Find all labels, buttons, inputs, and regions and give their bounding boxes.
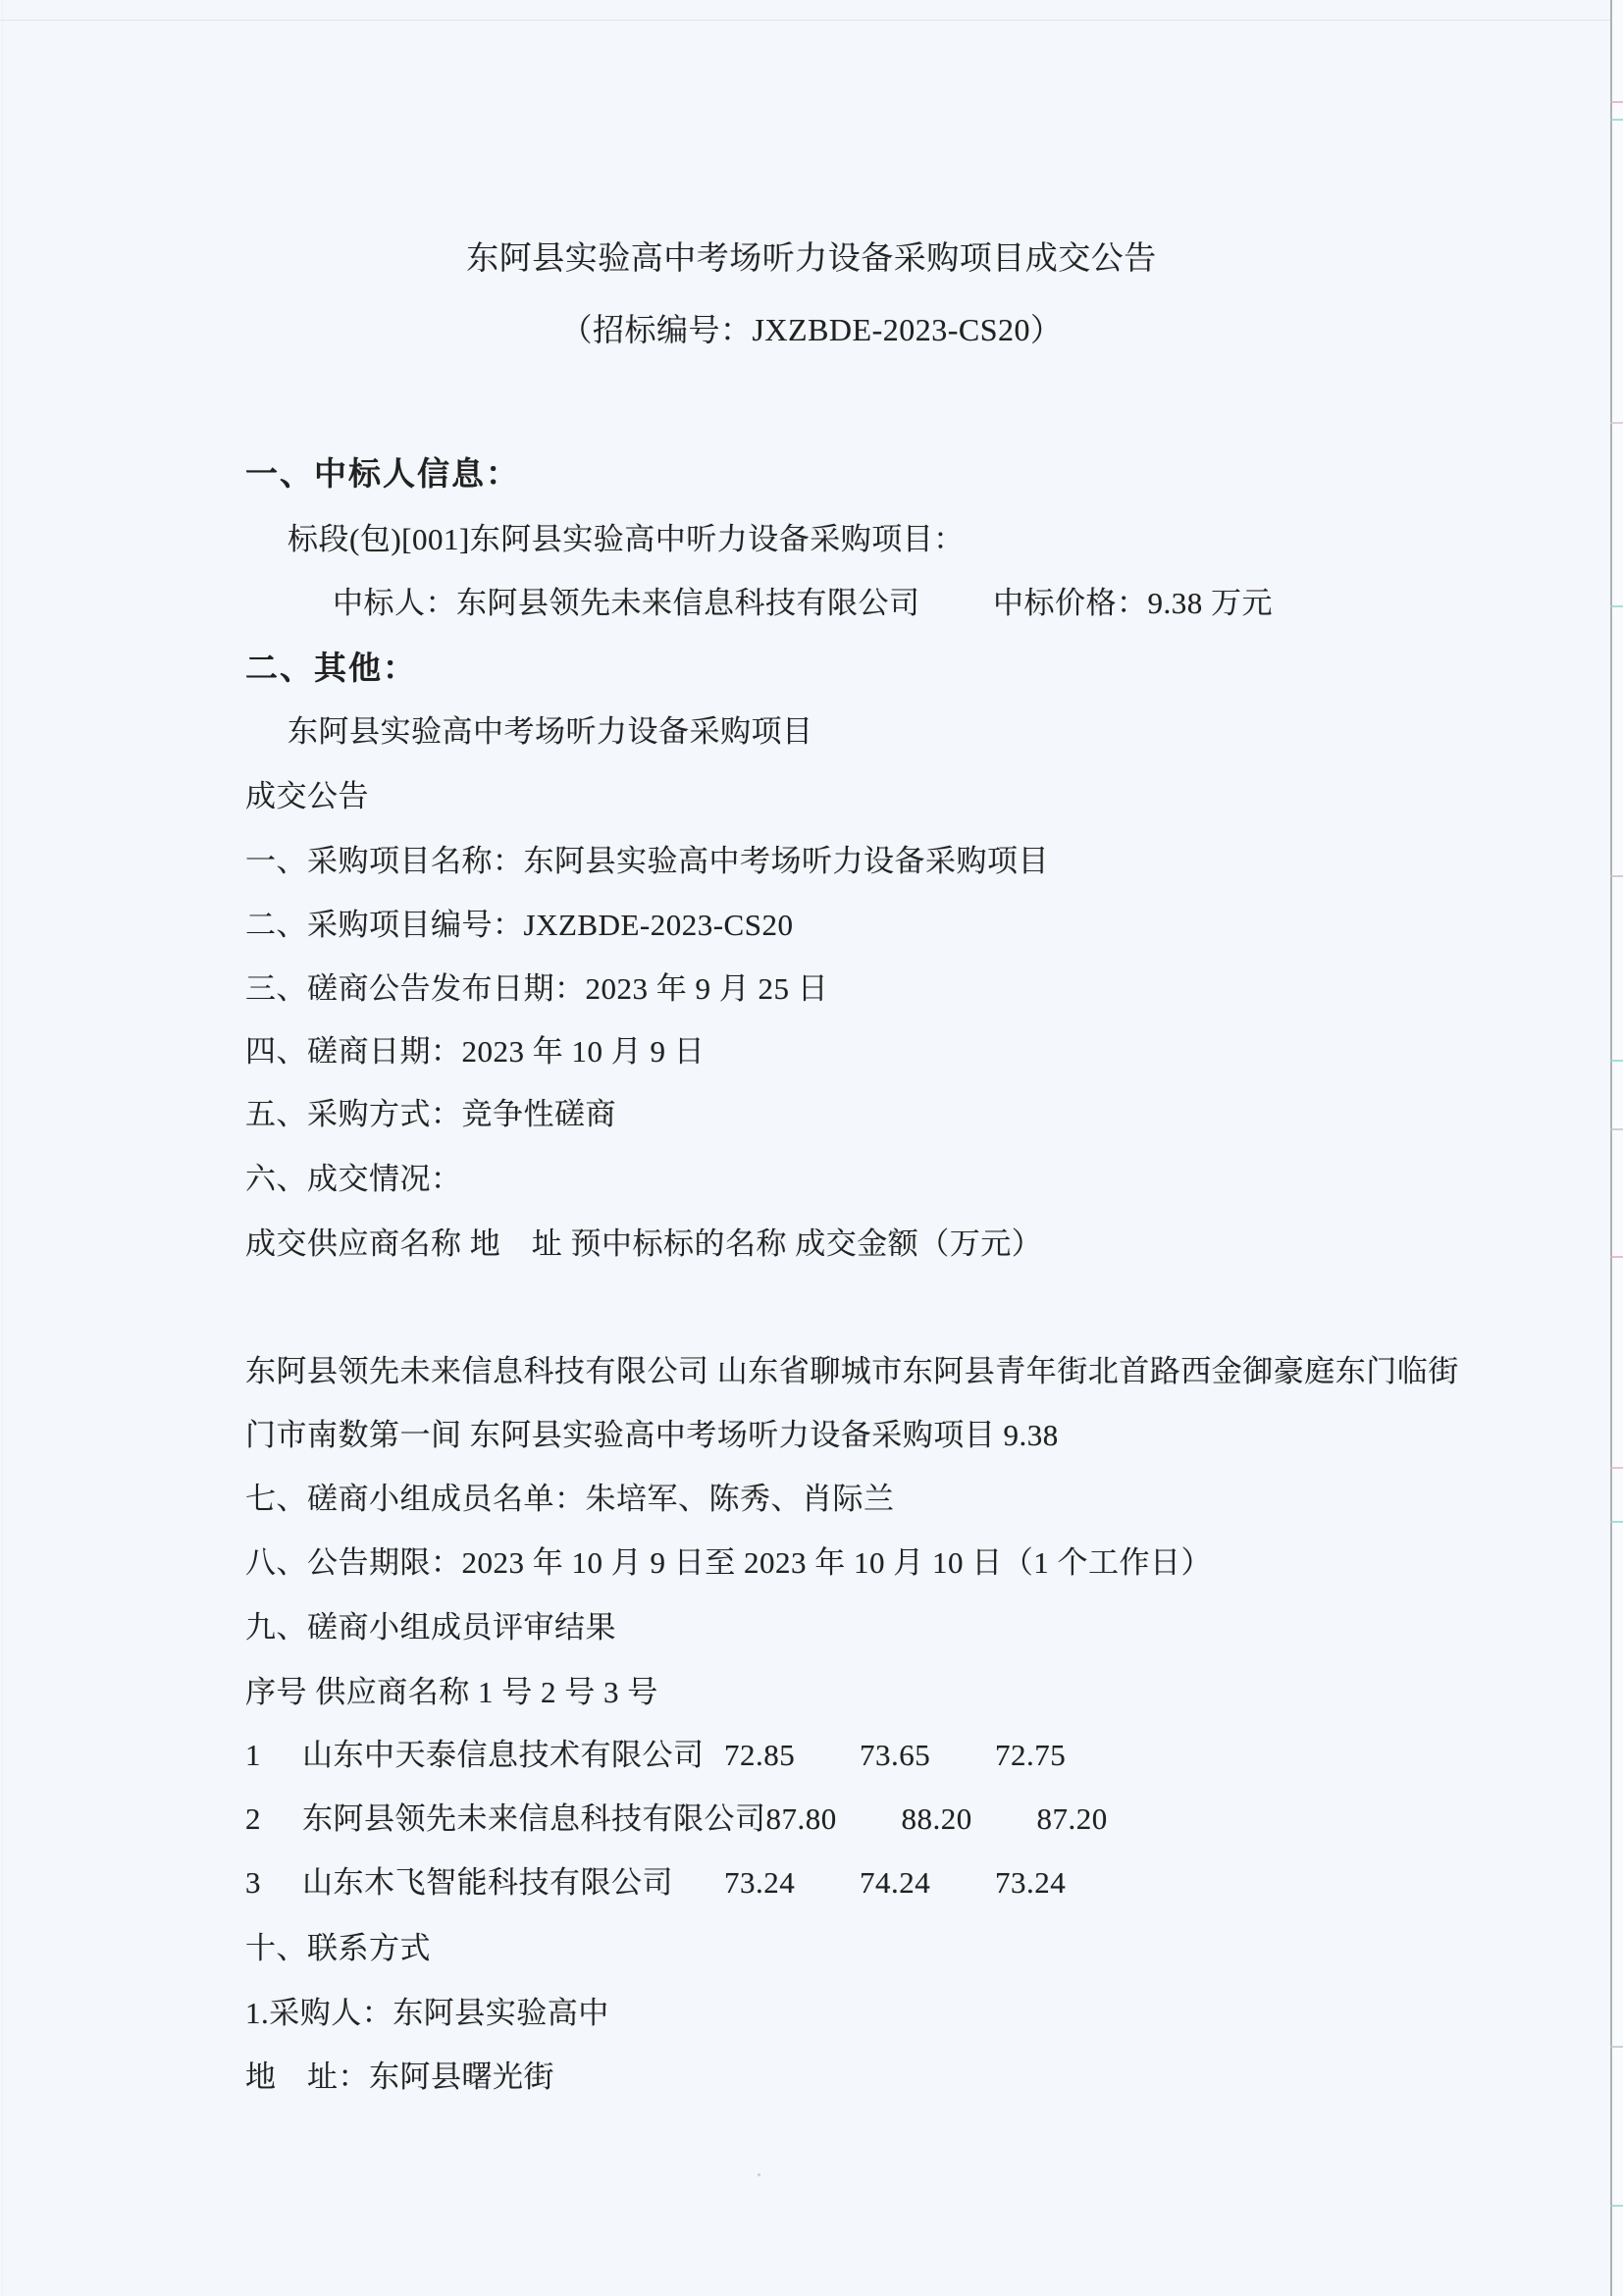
scan-artifact: [1610, 422, 1623, 424]
score-judge3: 87.20: [1037, 1803, 1173, 1834]
award-table-header: 成交供应商名称 地 址 预中标标的名称 成交金额（万元）: [245, 1228, 1042, 1259]
winner-price-line: 中标价格：9.38 万元: [993, 588, 1273, 618]
score-judge2: 88.20: [902, 1803, 1037, 1834]
winner-name-line: 中标人：东阿县领先未来信息科技有限公司: [333, 588, 920, 618]
score-judge1: 73.24: [724, 1867, 860, 1898]
item-procurement-method: 五、采购方式：竞争性磋商: [245, 1099, 616, 1129]
row-number: 1: [245, 1740, 302, 1770]
item-award-status: 六、成交情况：: [245, 1164, 462, 1194]
score-judge2: 74.24: [860, 1867, 995, 1898]
scanned-document-page: 东阿县实验高中考场听力设备采购项目成交公告 （招标编号：JXZBDE-2023-…: [0, 0, 1623, 2296]
contact-purchaser-line: 1.采购人：东阿县实验高中: [245, 1998, 609, 2028]
award-row-line2: 门市南数第一间 东阿县实验高中考场听力设备采购项目 9.38: [245, 1420, 1059, 1450]
section-winner-heading: 一、中标人信息：: [245, 457, 520, 490]
item-panel-members: 七、磋商小组成员名单：朱培军、陈秀、肖际兰: [245, 1484, 895, 1514]
scan-artifact: [1610, 1467, 1623, 1469]
tender-number-subtitle: （招标编号：JXZBDE-2023-CS20）: [0, 314, 1623, 345]
supplier-name: 山东中天泰信息技术有限公司: [302, 1740, 724, 1770]
score-judge2: 73.65: [860, 1740, 995, 1770]
supplier-name: 山东木飞智能科技有限公司: [302, 1867, 724, 1898]
item-project-number: 二、采购项目编号：JXZBDE-2023-CS20: [245, 910, 793, 940]
scan-artifact: [1610, 2046, 1623, 2048]
eval-table-header: 序号 供应商名称 1 号 2 号 3 号: [245, 1677, 658, 1707]
lot-line: 标段(包)[001]东阿县实验高中听力设备采购项目：: [288, 524, 965, 554]
scan-artifact: [1610, 1128, 1623, 1130]
row-number: 2: [245, 1803, 302, 1834]
scan-artifact: [1610, 119, 1623, 121]
scan-artifact: [1610, 1060, 1623, 1062]
notice-type-line: 成交公告: [245, 781, 369, 811]
award-row-line1: 东阿县领先未来信息科技有限公司 山东省聊城市东阿县青年街北首路西金御豪庭东门临街: [245, 1356, 1459, 1386]
item-contact-info: 十、联系方式: [245, 1933, 431, 1963]
contact-address-line: 地 址：东阿县曙光街: [245, 2061, 554, 2092]
scan-speck: [758, 2173, 760, 2176]
scan-artifact: [1610, 875, 1623, 877]
item-announce-date: 三、磋商公告发布日期：2023 年 9 月 25 日: [245, 973, 828, 1004]
section-other-heading: 二、其他：: [245, 652, 417, 684]
item-project-name: 一、采购项目名称：东阿县实验高中考场听力设备采购项目: [245, 846, 1049, 876]
score-judge1: 72.85: [724, 1740, 860, 1770]
eval-table-row: 1 山东中天泰信息技术有限公司 72.85 73.65 72.75: [245, 1740, 1130, 1770]
scan-artifact: [1610, 1256, 1623, 1258]
eval-table-row: 2 东阿县领先未来信息科技有限公司 87.80 88.20 87.20: [245, 1803, 1173, 1834]
item-negotiation-date: 四、磋商日期：2023 年 10 月 9 日: [245, 1036, 705, 1067]
scan-artifact: [1610, 2205, 1623, 2207]
scan-edge-top: [0, 20, 1623, 21]
eval-table-row: 3 山东木飞智能科技有限公司 73.24 74.24 73.24: [245, 1867, 1130, 1898]
score-judge1: 87.80: [766, 1803, 902, 1834]
supplier-name: 东阿县领先未来信息科技有限公司: [302, 1803, 766, 1834]
scan-artifact: [1610, 1521, 1623, 1523]
item-eval-results: 九、磋商小组成员评审结果: [245, 1612, 616, 1643]
document-title: 东阿县实验高中考场听力设备采购项目成交公告: [0, 243, 1623, 276]
scan-artifact: [1610, 101, 1623, 103]
score-judge3: 72.75: [995, 1740, 1130, 1770]
item-announcement-period: 八、公告期限：2023 年 10 月 9 日至 2023 年 10 月 10 日…: [245, 1547, 1212, 1578]
row-number: 3: [245, 1867, 302, 1898]
score-judge3: 73.24: [995, 1867, 1130, 1898]
scan-artifact: [1610, 605, 1623, 607]
project-name-line: 东阿县实验高中考场听力设备采购项目: [288, 716, 813, 747]
